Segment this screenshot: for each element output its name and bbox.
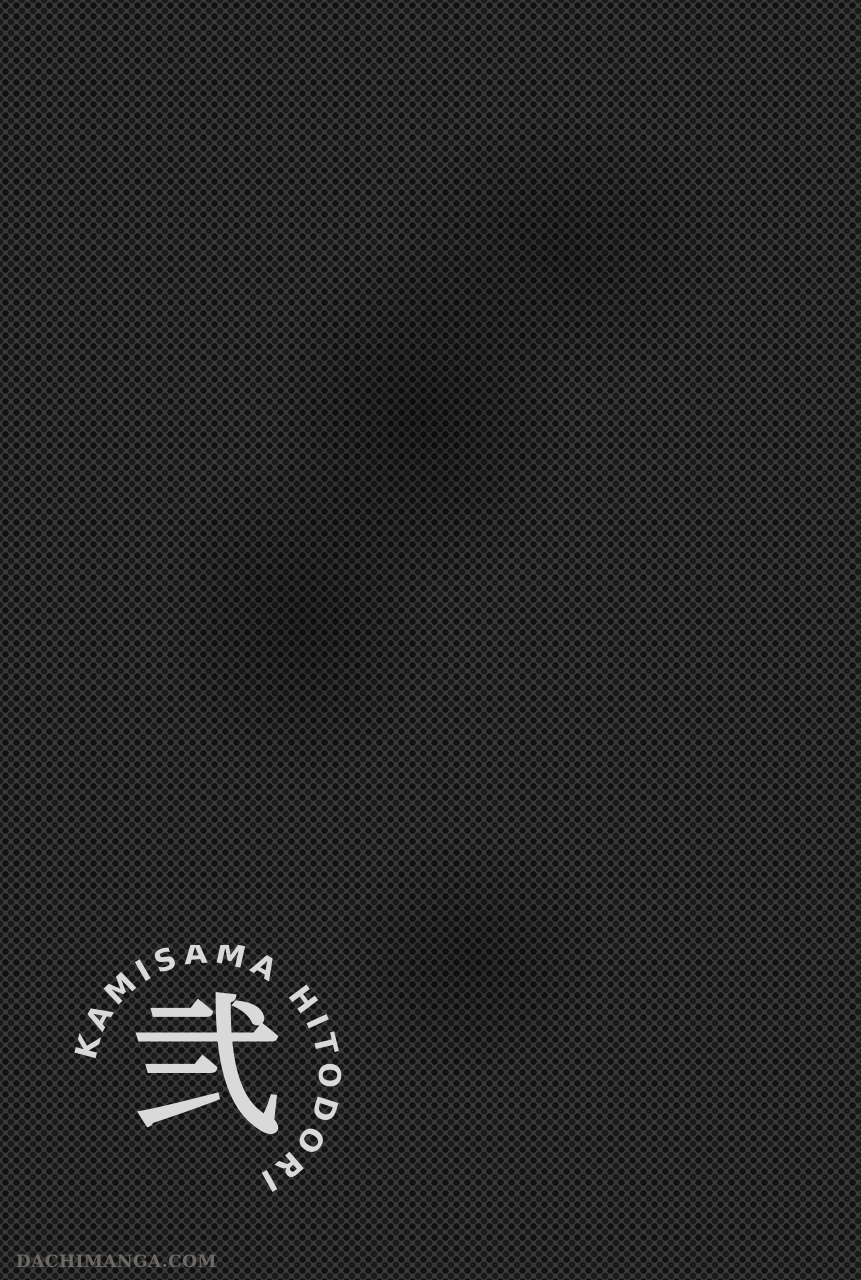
halftone-page: KAMISAMA HITODORI 弐 DACHIMANGA.COM [0,0,861,1280]
watermark-text: DACHIMANGA.COM [16,1252,217,1272]
volume-logo-emblem: KAMISAMA HITODORI 弐 [62,945,352,1205]
center-glyph: 弐 [132,980,282,1156]
